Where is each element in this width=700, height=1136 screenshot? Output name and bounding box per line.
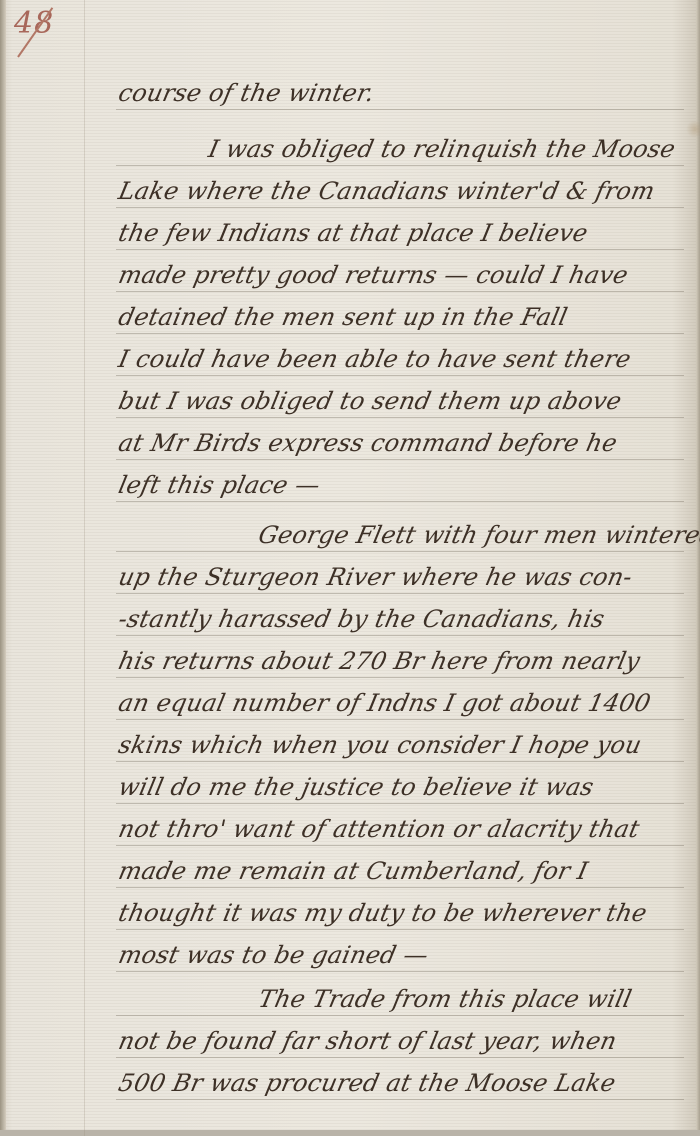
line-text: most was to be gained — xyxy=(116,941,431,969)
manuscript-line: course of the winter. xyxy=(116,68,684,110)
manuscript-line: the few Indians at that place I believe xyxy=(116,208,684,250)
manuscript-line: George Flett with four men wintered xyxy=(116,510,684,552)
ruled-line xyxy=(116,109,684,110)
manuscript-line: made pretty good returns — could I have xyxy=(116,250,684,292)
manuscript-line: detained the men sent up in the Fall xyxy=(116,292,684,334)
line-text: -stantly harassed by the Canadians, his xyxy=(116,605,607,633)
line-text: The Trade from this place will xyxy=(256,985,634,1013)
ruled-line xyxy=(116,1099,684,1100)
ruled-line xyxy=(116,971,684,972)
ink-stain xyxy=(686,120,700,138)
margin-rule xyxy=(84,0,85,1136)
manuscript-line: I could have been able to have sent ther… xyxy=(116,334,684,376)
line-text: his returns about 270 Br here from nearl… xyxy=(116,647,643,675)
line-text: course of the winter. xyxy=(116,79,377,107)
line-text: I could have been able to have sent ther… xyxy=(116,345,634,373)
manuscript-line: I was obliged to relinquish the Moose xyxy=(116,124,684,166)
line-text: not thro' want of attention or alacrity … xyxy=(116,815,642,843)
line-text: made me remain at Cumberland, for I xyxy=(116,857,590,885)
manuscript-line: skins which when you consider I hope you xyxy=(116,720,684,762)
manuscript-line: up the Sturgeon River where he was con- xyxy=(116,552,684,594)
manuscript-page: 48 course of the winter. I was obliged t… xyxy=(0,0,700,1136)
line-text: but I was obliged to send them up above xyxy=(116,387,624,415)
line-text: made pretty good returns — could I have xyxy=(116,261,631,289)
manuscript-line: at Mr Birds express command before he xyxy=(116,418,684,460)
manuscript-line: an equal number of Indns I got about 140… xyxy=(116,678,684,720)
page-right-edge xyxy=(696,0,700,1136)
manuscript-line: most was to be gained — xyxy=(116,930,684,972)
line-text: will do me the justice to believe it was xyxy=(116,773,596,801)
manuscript-line: made me remain at Cumberland, for I xyxy=(116,846,684,888)
manuscript-line: his returns about 270 Br here from nearl… xyxy=(116,636,684,678)
manuscript-line: not thro' want of attention or alacrity … xyxy=(116,804,684,846)
manuscript-line: -stantly harassed by the Canadians, his xyxy=(116,594,684,636)
page-bottom-edge xyxy=(0,1130,700,1136)
page-left-edge xyxy=(0,0,6,1136)
manuscript-line: not be found far short of last year, whe… xyxy=(116,1016,684,1058)
line-text: at Mr Birds express command before he xyxy=(116,429,620,457)
line-text: George Flett with four men wintered xyxy=(256,521,700,549)
line-text: not be found far short of last year, whe… xyxy=(116,1027,619,1055)
line-text: left this place — xyxy=(116,471,323,499)
manuscript-line: The Trade from this place will xyxy=(116,974,684,1016)
line-text: an equal number of Indns I got about 140… xyxy=(116,689,653,717)
line-text: I was obliged to relinquish the Moose xyxy=(206,135,678,163)
line-text: up the Sturgeon River where he was con- xyxy=(116,563,635,591)
line-text: the few Indians at that place I believe xyxy=(116,219,591,247)
manuscript-line: thought it was my duty to be wherever th… xyxy=(116,888,684,930)
line-text: thought it was my duty to be wherever th… xyxy=(116,899,650,927)
line-text: Lake where the Canadians winter'd & from xyxy=(116,177,657,205)
manuscript-line: 500 Br was procured at the Moose Lake xyxy=(116,1058,684,1100)
manuscript-line: left this place — xyxy=(116,460,684,502)
manuscript-line: but I was obliged to send them up above xyxy=(116,376,684,418)
manuscript-line: will do me the justice to believe it was xyxy=(116,762,684,804)
line-text: detained the men sent up in the Fall xyxy=(116,303,570,331)
manuscript-line: Lake where the Canadians winter'd & from xyxy=(116,166,684,208)
ruled-line xyxy=(116,501,684,502)
line-text: 500 Br was procured at the Moose Lake xyxy=(116,1069,618,1097)
line-text: skins which when you consider I hope you xyxy=(116,731,644,759)
